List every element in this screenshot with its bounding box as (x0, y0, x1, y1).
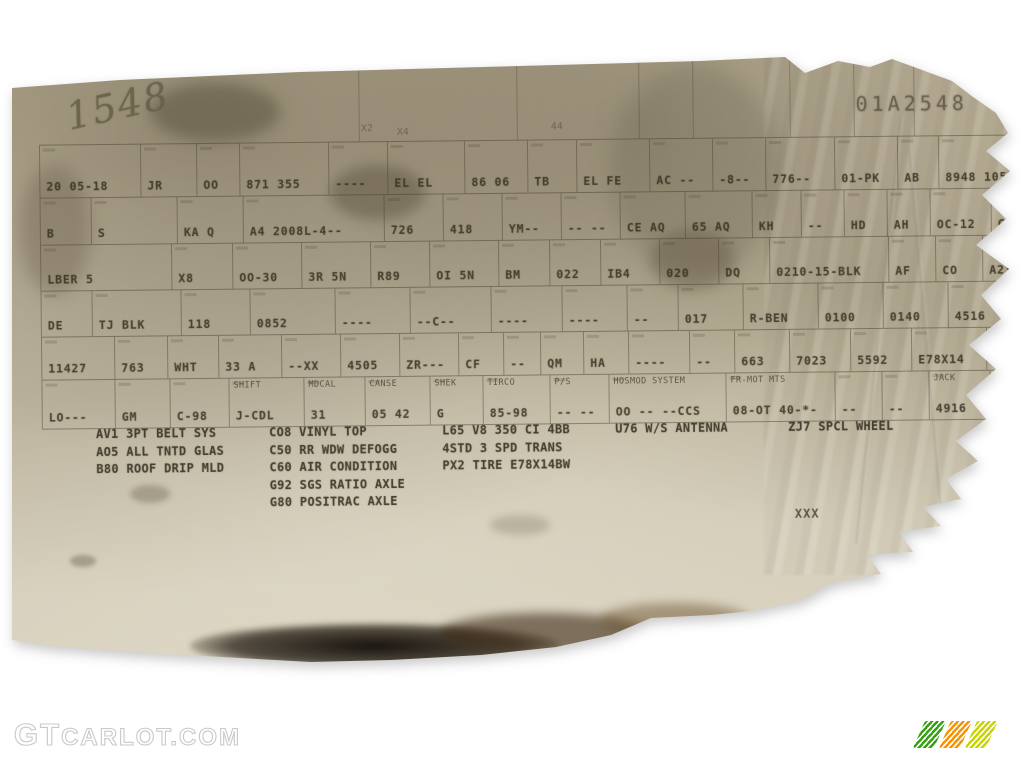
grid-cell: 871 355 (240, 143, 330, 196)
grid-cell: P/S-- -- (550, 375, 609, 424)
grid-cell: AC -- (650, 139, 714, 192)
grid-cell-value: ZR--- (406, 357, 445, 371)
grid-cell: A23 (983, 235, 1024, 281)
grid-cell-value: J-CDL (236, 408, 275, 422)
grid-cell-value: -- -- (557, 405, 596, 419)
grid-cell: TJ BLK (92, 290, 181, 336)
grid-cell: 663 (735, 330, 790, 373)
grid-cell: KH (752, 191, 801, 238)
grid-cell: HD (844, 190, 887, 236)
grid-cell-value: JR (147, 178, 163, 192)
grid-cell: CF (459, 333, 504, 375)
grid-cell-value: A4 2008L-4-- (250, 224, 343, 239)
grid-cell-header: JACK (933, 373, 955, 383)
grid-cell: EL EL (388, 141, 466, 194)
build-sheet-photo: 1548 X2X444 01A2548 20 05-18JROO871 355-… (10, 55, 1014, 685)
grid-cell-value: 0140 (890, 309, 921, 323)
grid-cell: SHEKG (430, 376, 483, 425)
grid-cell: OO (197, 144, 241, 196)
grid-cell-header: P/S (554, 377, 571, 387)
grid-cell-value: OC-12 (937, 217, 976, 231)
grid-cell-value: KA Q (184, 225, 215, 239)
grid-cell: 65 AQ (685, 191, 752, 238)
grid-cell: LBER 5 (41, 244, 172, 290)
grid-cell-value: 763 (121, 361, 144, 375)
grid-cell: AH (887, 189, 930, 235)
watermark-domain-text: carlot.com (61, 724, 241, 751)
grid-cell-value: 31 (311, 408, 327, 422)
grid-cell: KA Q (177, 197, 243, 244)
grid-cell: 418 (443, 194, 502, 241)
grid-cell: 948 (987, 327, 1024, 369)
grid-cell-value: 726 (391, 223, 414, 237)
grid-cell-value: 08-OT 40-*- (733, 403, 818, 418)
grid-cell: A4 2008L-4-- (243, 195, 384, 242)
serial-number: 01A2548 (855, 91, 968, 116)
grid-cell-value: 20 05-18 (46, 179, 108, 194)
grid-cell: 776-- (766, 137, 836, 190)
grid-cell: ---- (629, 331, 690, 374)
grid-cell-value: 118 (188, 317, 211, 331)
grid-cell: AF (889, 236, 936, 281)
grid-cell-value: 3R 5N (308, 269, 347, 283)
stamp-mark: X4 (397, 127, 409, 138)
grid-cell-value: G (437, 406, 445, 420)
grid-cell: 20 05-18 (40, 145, 142, 198)
sheet-content: 1548 X2X444 01A2548 20 05-18JROO871 355-… (10, 44, 1021, 684)
grid-cell-value: 4916 (936, 401, 967, 415)
grid-cell-value: AF (895, 264, 911, 278)
grid-cell-header: SHEK (434, 378, 456, 388)
grid-cell: 726 (384, 194, 443, 241)
grid-cell-value: X8 (178, 271, 194, 285)
grid-cell-value: 0210-15-BLK (776, 264, 861, 279)
grid-cell: 0852 (250, 289, 335, 335)
grid-cell: FR-MOT MTS08-OT 40-*- (726, 372, 835, 421)
grid-cell-value: -- (842, 402, 858, 416)
grid-cell: ---- (329, 142, 389, 195)
grid-cell-value: 017 (685, 312, 708, 326)
grid-cell: ZR--- (400, 333, 459, 376)
grid-cell: WHT (168, 336, 219, 379)
grid-cell: TIRCO85-98 (483, 375, 550, 424)
grid-cell: R-BEN (743, 284, 818, 330)
grid-cell-value: ---- (498, 314, 529, 328)
grid-cell: 0210-15-BLK (770, 237, 889, 283)
grid-cell: BM (499, 240, 550, 286)
grid-cell: -- (835, 372, 883, 420)
grid-cell-header: HOSMOD SYSTEM (613, 376, 685, 387)
grid-cell-value: 4505 (347, 358, 378, 372)
grid-cell: YM-- (502, 193, 561, 240)
grid-cell-value: BM (505, 268, 521, 282)
grid-cell-value: ---- (335, 176, 366, 190)
grid-cell: 3R 5N (302, 242, 371, 288)
grid-cell: 4505 (341, 334, 400, 377)
grid-cell-header: FR-MOT MTS (730, 375, 785, 386)
grid-cell-value: ---- (635, 355, 666, 369)
grid-cell-value: R-BEN (750, 311, 789, 325)
grid-cell: 86 06 (465, 141, 529, 194)
gtcarlot-logo (919, 721, 992, 748)
grid-cell-value: -- (510, 357, 526, 371)
grid-cell-value: LO--- (49, 410, 88, 424)
grid-cell: SHIFTJ-CDL (229, 378, 304, 427)
grid-cell-value: QM (547, 356, 563, 370)
grid-cell-value: KH (759, 219, 775, 233)
stamp-marks: X2X444 (361, 115, 621, 118)
grid-cell-value: 418 (450, 222, 473, 236)
grid-cell-value: 7023 (796, 353, 827, 367)
grid-cell-value: -- -- (568, 221, 607, 235)
grid-cell-value: 86 06 (471, 175, 510, 189)
grid-cell: 022 (550, 240, 601, 286)
grid-cell: 763 (115, 336, 168, 379)
grid-cell-value: EL FE (583, 174, 622, 188)
grid-cell: 017 (678, 284, 743, 330)
grid-cell: R89 (371, 242, 430, 288)
grid-cell-value: HA (590, 356, 606, 370)
grid-cell: S (92, 197, 178, 244)
grid-cell: 118 (181, 289, 250, 335)
grid-cell: OI 5N (430, 241, 499, 287)
grid-cell-value: OO-30 (239, 270, 278, 284)
grid-cell-header: MDCAL (308, 380, 336, 390)
grid-cell: -8-- (713, 138, 767, 191)
grid-cell-value: CF (465, 357, 481, 371)
grid-cell: HA (584, 332, 629, 374)
grid-cell-value: E78X14 (918, 352, 964, 366)
grid-line (638, 53, 640, 138)
grid-cell: TB (528, 140, 578, 193)
grid-line (358, 59, 360, 141)
grid-cell-value: 663 (741, 354, 764, 368)
grid-cell: 0140 (883, 282, 948, 328)
grid-cell-value: AC -- (656, 173, 695, 187)
grid-cell: 33 A (219, 335, 282, 378)
grid-cell-value: -- (808, 218, 824, 232)
grid-cell: AB (898, 136, 940, 188)
grid-cell-value: 0852 (257, 316, 288, 330)
grid-cell-value: 022 (556, 267, 579, 281)
grid-cell: JR (141, 144, 198, 197)
grid-cell: 7023 (790, 329, 851, 372)
grid-cell-value: 65 AQ (692, 219, 731, 233)
grid-cell-value: GM (122, 410, 138, 424)
grid-cell-value: R89 (377, 269, 400, 283)
grid-cell-value: TJ BLK (99, 318, 145, 332)
grid-line (516, 56, 518, 140)
grid-cell-header: TIRCO (487, 378, 515, 388)
grid-row: 20 05-18JROO871 355----EL EL86 06TBEL FE… (40, 134, 1024, 198)
grid-cell: 5592 (851, 329, 912, 372)
grid-cell: OO-30 (233, 243, 302, 289)
grid-cell: DE (41, 291, 92, 337)
grid-cell-value: CE AQ (627, 220, 666, 234)
grid-cell-value: IB4 (607, 267, 630, 281)
handwritten-number: 1548 (62, 73, 174, 139)
grid-cell-value: YM-- (509, 221, 540, 235)
grid-cell: OC-12 (930, 189, 991, 236)
xxx-mark: XXX (795, 507, 820, 521)
grid-cell: GM (115, 379, 170, 428)
grid-cell-value: 776-- (772, 172, 811, 186)
grid-cell-value: EL EL (394, 176, 433, 190)
grid-cell: HOSMOD SYSTEMOO -- --CCS (609, 374, 726, 423)
grid-cell: 4516 (948, 282, 1013, 328)
grid-cell: ---- (562, 286, 627, 332)
grid-cell-value: OO -- --CCS (616, 404, 701, 419)
grid-cell: --XX (282, 335, 341, 378)
grid-cell-value: --XX (288, 359, 319, 373)
grid-cell: IB4 (601, 239, 660, 285)
grid-cell-value: C-98 (177, 409, 208, 423)
grid-cell-value: 05 42 (372, 407, 411, 421)
photo-stage: 1548 X2X444 01A2548 20 05-18JROO871 355-… (0, 0, 1024, 768)
grid-cell-value: CO (942, 263, 958, 277)
grid-cell: -- (504, 332, 541, 374)
grid-cell: 8948 10526 (939, 135, 1024, 188)
grid-cell: CANSE05 42 (365, 377, 430, 426)
grid-cell: C-98 (170, 379, 229, 428)
grid-cell: X8 (172, 244, 233, 290)
grid-cell-value: GN (998, 217, 1014, 231)
grid-cell-value: -- (696, 355, 712, 369)
grid-cell-value: 020 (666, 266, 689, 280)
grid-cell-value: OI 5N (436, 268, 475, 282)
grid-cell-value: WHT (174, 360, 197, 374)
stamp-mark: 44 (551, 121, 563, 132)
grid-cell: --C-- (410, 287, 491, 333)
grid-cell: DQ (719, 238, 770, 284)
grid-cell-value: OO (203, 178, 219, 192)
grid-cell: EL FE (577, 139, 651, 192)
grid-cell: 020 (660, 239, 719, 285)
grid-cell-value: --C-- (417, 314, 456, 328)
grid-cell: ---- (491, 286, 562, 332)
grid-cell-value: 8948 10526 (945, 169, 1022, 184)
grid-cell-value: 948 (993, 351, 1016, 365)
watermark-gt-text: GT (14, 717, 61, 752)
grid-cell: -- (882, 371, 930, 419)
grid-cell-value: HD (851, 218, 867, 232)
grid-line (692, 52, 694, 138)
grid-cell: LO--- (42, 380, 115, 429)
grid-cell: E78X14 (912, 328, 987, 371)
grid-cell-value: A23 (989, 263, 1012, 277)
grid-cell-value: 5592 (857, 353, 888, 367)
grid-cell-value: AB (904, 170, 920, 184)
grid-cell: -- -- (561, 193, 620, 240)
grid-cell: 01-PK (835, 137, 899, 190)
stamp-mark: X2 (361, 123, 373, 134)
grid-cell: QM (541, 332, 584, 374)
grid-cell-value: 11427 (48, 361, 87, 375)
grid-cell-value: 33 A (225, 359, 256, 373)
grid-cell-value: LBER 5 (47, 272, 93, 286)
grid-cell: -- (801, 190, 844, 236)
grid-cell: 11427 (42, 337, 115, 380)
grid-cell-value: -8-- (719, 172, 750, 186)
grid-cell-value: DE (48, 318, 64, 332)
grid-cell-value: B (47, 227, 55, 241)
grid-cell-header: SHIFT (233, 380, 261, 390)
grid-cell-value: 4516 (955, 309, 986, 323)
grid-cell-value: ---- (342, 315, 373, 329)
watermark: GTcarlot.com (14, 718, 241, 758)
grid-cell: ---- (335, 288, 410, 334)
torn-paper-sheet: 1548 X2X444 01A2548 20 05-18JROO871 355-… (10, 55, 1014, 685)
grid-cell-value: -- (889, 402, 905, 416)
grid-cell: CO (936, 236, 983, 281)
grid-cell-value: 871 355 (246, 177, 300, 192)
grid-cell-value: 01-PK (841, 171, 880, 185)
grid-cell-header: CANSE (369, 379, 397, 389)
grid-cell-value: TB (534, 174, 550, 188)
grid-cell: B (41, 198, 92, 245)
grid-cell-value: 85-98 (490, 406, 529, 420)
grid-cell: JACK4916 (929, 371, 990, 420)
grid-cell: -- (627, 285, 678, 331)
grid-cell: -- (690, 330, 735, 372)
grid-cell-value: DQ (725, 265, 741, 279)
options-list: AV1 3PT BELT SYS CO8 VINYL TOP L65 V8 35… (96, 418, 894, 514)
grid-cell-value: S (98, 226, 106, 240)
grid-cell-value: AH (894, 218, 910, 232)
grid-cell-value: 0100 (825, 310, 856, 324)
grid-cell: 0100 (818, 283, 883, 329)
build-sheet-grid: 20 05-18JROO871 355----EL EL86 06TBEL FE… (39, 134, 1024, 430)
grid-cell: MDCAL31 (304, 377, 365, 426)
grid-line (789, 50, 791, 137)
grid-cell-value: ---- (569, 313, 600, 327)
grid-cell: GN (991, 188, 1024, 235)
grid-cell-value: -- (634, 312, 650, 326)
grid-cell: CE AQ (620, 192, 685, 239)
